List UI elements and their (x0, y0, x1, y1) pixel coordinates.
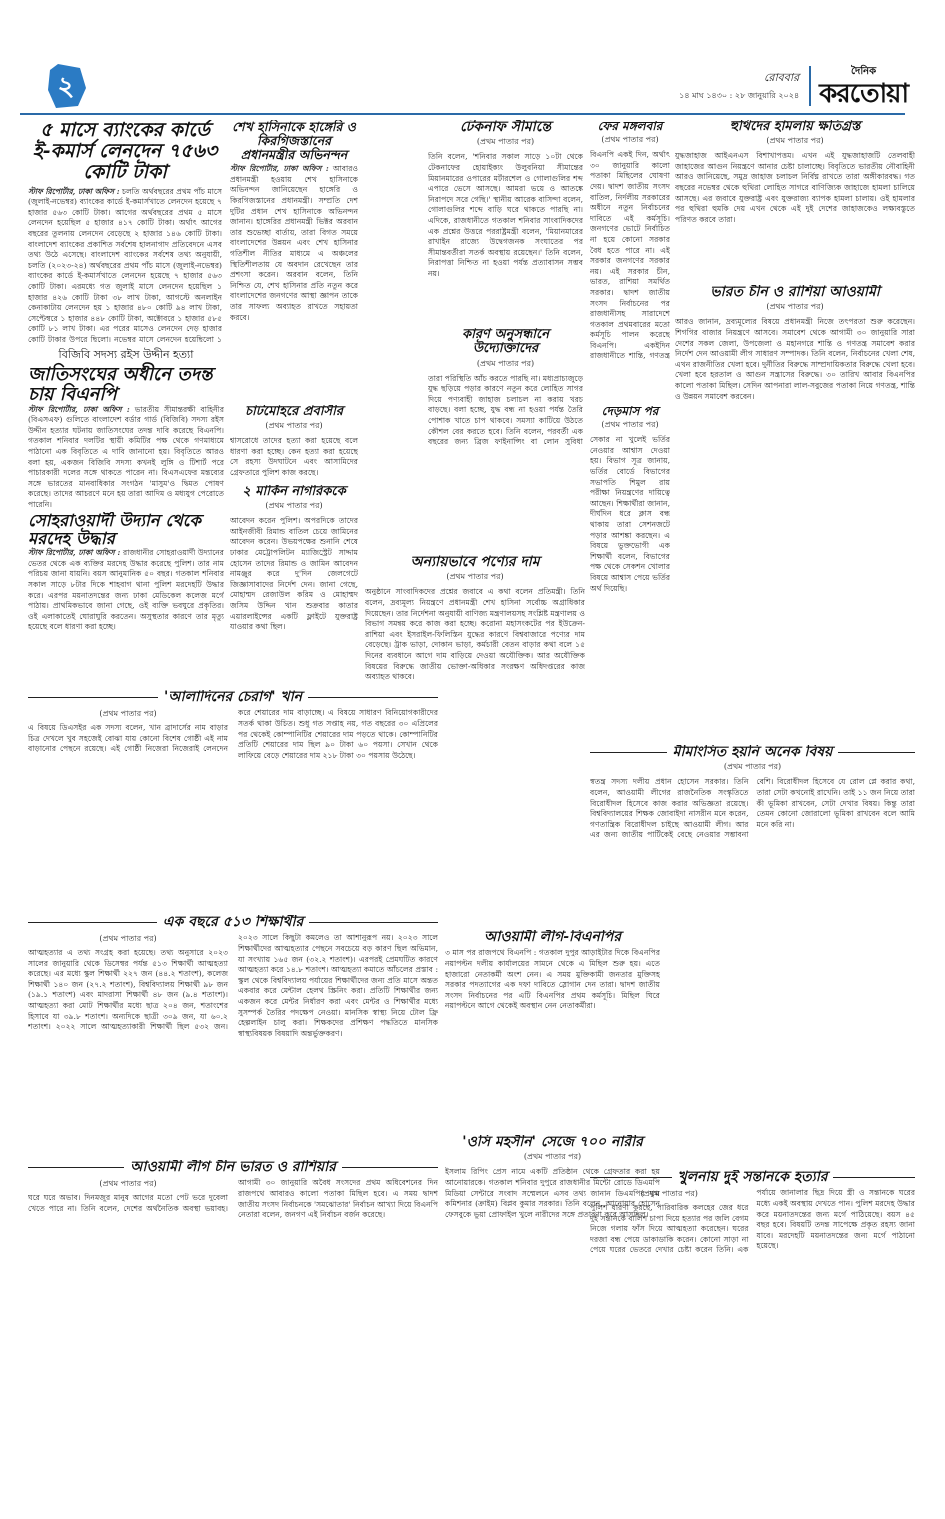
article-body: তারা পরিস্থিতি আঁচ করতে পারছি না। মধ্যপ্… (428, 374, 583, 448)
article-ecommerce: ৫ মাসে ব্যাংকের কার্ডে ই-কমার্স লেনদেন ৭… (28, 120, 222, 342)
article-tuesday: ফের মঙ্গলবার (প্রথম পাতার পর) বিএনপি একই… (590, 120, 670, 360)
issue-date: রোববার ১৪ মাঘ ১৪৩০ : ২৮ জানুয়ারি ২০২৪ (679, 69, 799, 103)
newspaper-page: ২ রোববার ১৪ মাঘ ১৪৩০ : ২৮ জানুয়ারি ২০২৪… (0, 0, 945, 1519)
article-us-citizens: ২ মার্কিন নাগরিককে (প্রথম পাতার পর) আবেদ… (230, 485, 358, 645)
headline: অন্যায়ভাবে পণ্যের দাম (365, 555, 585, 570)
headline: ফের মঙ্গলবার (590, 120, 670, 133)
article-body: স্টাফ রিপোর্টার, ঢাকা অফিস : চলতি অর্থবছ… (28, 187, 222, 342)
svg-text:২: ২ (58, 72, 75, 102)
page-number-badge-icon: ২ (44, 62, 88, 110)
masthead: ২ রোববার ১৪ মাঘ ১৪৩০ : ২৮ জানুয়ারি ২০২৪… (36, 60, 908, 112)
article-body: শ্বাসরোধে তাদের হত্যা করা হয়েছে বলে ধার… (230, 436, 358, 478)
article-body: বিএনপি একই দিন, অর্থাৎ ৩০ জানুয়ারি কালো… (590, 150, 670, 360)
article-body: অনুষ্ঠানে সাংবাদিকদের প্রশ্নের জবাবে এ ক… (365, 587, 585, 682)
article-investigation: কারণ অনুসন্ধানে উদ্যোক্তাদের (প্রথম পাতা… (428, 328, 583, 448)
article-body: (প্রথম পাতার পর) পুলিশ ধারণা করছে, পারিব… (590, 1188, 915, 1256)
headline: মীমাংসিত হয়নি অনেক বিষয় (590, 745, 915, 760)
article-suhrawardy: সোহরাওয়ার্দী উদ্যান থেকে মরদেহ উদ্ধার স… (28, 512, 224, 647)
byline: স্টাফ রিপোর্টার, ঢাকা অফিস : (28, 187, 120, 196)
masthead-right: রোববার ১৪ মাঘ ১৪৩০ : ২৮ জানুয়ারি ২০২৪ দ… (679, 64, 908, 107)
article-aladdin: 'আলাদিনের চেরাগ' খান (প্রথম পাতার পর) এ … (28, 690, 438, 910)
article-dermas: দেড়মাস পর (প্রথম পাতার পর) সেকার না খুল… (590, 405, 670, 735)
article-body: (প্রথম পাতার পর) এ বিষয়ে ডিএসইর এক সদস্… (28, 708, 438, 761)
newspaper-logo: দৈনিক করতোয়া (819, 64, 908, 107)
headline: টেকনাফ সীমান্তে (428, 120, 583, 135)
article-body: যুদ্ধজাহাজ আইএনএস বিশাখাপত্তম। এখন এই যু… (675, 151, 915, 225)
headline: ভারত চীন ও রাশিয়া আওয়ামী (675, 285, 915, 300)
article-houthi: হুথিদের হামলায় ক্ষতিগ্রস্ত (প্রথম পাতার… (675, 120, 915, 280)
issue-date-line: ১৪ মাঘ ১৪৩০ : ২৮ জানুয়ারি ২০২৪ (679, 90, 799, 103)
article-india-china-russia: ভারত চীন ও রাশিয়া আওয়ামী (প্রথম পাতার … (675, 285, 915, 740)
kicker: বিজিবি সদস্য রইস উদ্দীন হত্যা (28, 346, 224, 365)
article-body: আরও জানান, দ্রব্যমূল্যের বিষয়ে প্রধানমন… (675, 317, 915, 402)
logo-main-text: করতোয়া (819, 81, 908, 107)
headline: ২ মার্কিন নাগরিককে (230, 485, 358, 499)
article-body: স্টাফ রিপোর্টার, ঢাকা অফিস : ভারতীয় সীম… (28, 405, 224, 507)
article-chatmohar: চাটমোহরে প্রবাসীর (প্রথম পাতার পর) শ্বাস… (230, 405, 358, 480)
article-unresolved: মীমাংসিত হয়নি অনেক বিষয় (প্রথম পাতার প… (590, 745, 915, 1125)
headline: চাটমোহরে প্রবাসীর (230, 405, 358, 419)
headline: হুথিদের হামলায় ক্ষতিগ্রস্ত (675, 120, 915, 134)
article-body: সেকার না খুলেই ভর্তির নেওয়ার আশ্বাস দেও… (590, 435, 670, 594)
headline: সোহরাওয়ার্দী উদ্যান থেকে মরদেহ উদ্ধার (28, 512, 224, 548)
headline: কারণ অনুসন্ধানে উদ্যোক্তাদের (428, 328, 583, 357)
article-body: স্বতন্ত্র সদস্য দলীয় প্রধান হোসেন সরকার… (590, 777, 915, 841)
headline: 'ওসি মহসীন' সেজে ৭০০ নারীর (445, 1135, 660, 1150)
headline: আওয়ামী লীগ চীন ভারত ও রাশিয়ার (28, 1160, 438, 1175)
article-teknaf: টেকনাফ সীমান্তে (প্রথম পাতার পর) তিনি বল… (428, 120, 583, 325)
article-body: (প্রথম পাতার পর) আত্মহত্যার এ তথ্য সংগ্র… (28, 933, 438, 1039)
masthead-divider (809, 66, 811, 106)
article-bgb-un: বিজিবি সদস্য রইস উদ্দীন হত্যা জাতিসংঘের … (28, 342, 224, 507)
article-hasina-congrats: শেখ হাসিনাকে হাঙ্গেরি ও কিরগিজস্তানের প্… (230, 120, 358, 402)
headline: জাতিসংঘের অধীনে তদন্ত চায় বিএনপি (28, 365, 224, 405)
article-body: আবেদন করেন পুলিশ। অপরদিকে তাদের আইনজীবী … (230, 516, 358, 633)
article-body: স্টাফ রিপোর্টার, ঢাকা অফিস : আবারও প্রধা… (230, 164, 358, 323)
article-body: তিনি বলেন, 'শনিবার সকাল সাড়ে ১০টা থেকে … (428, 152, 583, 279)
article-body: (প্রথম পাতার পর) ঘরে ঘরে অভাব। দিনমজুর ম… (28, 1178, 438, 1220)
headline: দেড়মাস পর (590, 405, 670, 418)
headline: 'আলাদিনের চেরাগ' খান (28, 690, 438, 705)
headline: এক বছরে ৫১৩ শিক্ষার্থীর (28, 915, 438, 930)
headline: শেখ হাসিনাকে হাঙ্গেরি ও কিরগিজস্তানের প্… (230, 120, 358, 161)
issue-day: রোববার (679, 69, 799, 88)
article-al-china: আওয়ামী লীগ চীন ভারত ও রাশিয়ার (প্রথম প… (28, 1160, 438, 1515)
article-body: স্টাফ রিপোর্টার, ঢাকা অফিস : রাজধানীর সো… (28, 548, 224, 633)
headline: ৫ মাসে ব্যাংকের কার্ডে ই-কমার্স লেনদেন ৭… (28, 120, 222, 183)
article-students: এক বছরে ৫১৩ শিক্ষার্থীর (প্রথম পাতার পর)… (28, 915, 438, 1145)
masthead-rule (20, 113, 905, 115)
headline: খুলনায় দুই সন্তানকে হত্যার (590, 1170, 915, 1185)
article-khulna: খুলনায় দুই সন্তানকে হত্যার (প্রথম পাতার… (590, 1170, 915, 1515)
